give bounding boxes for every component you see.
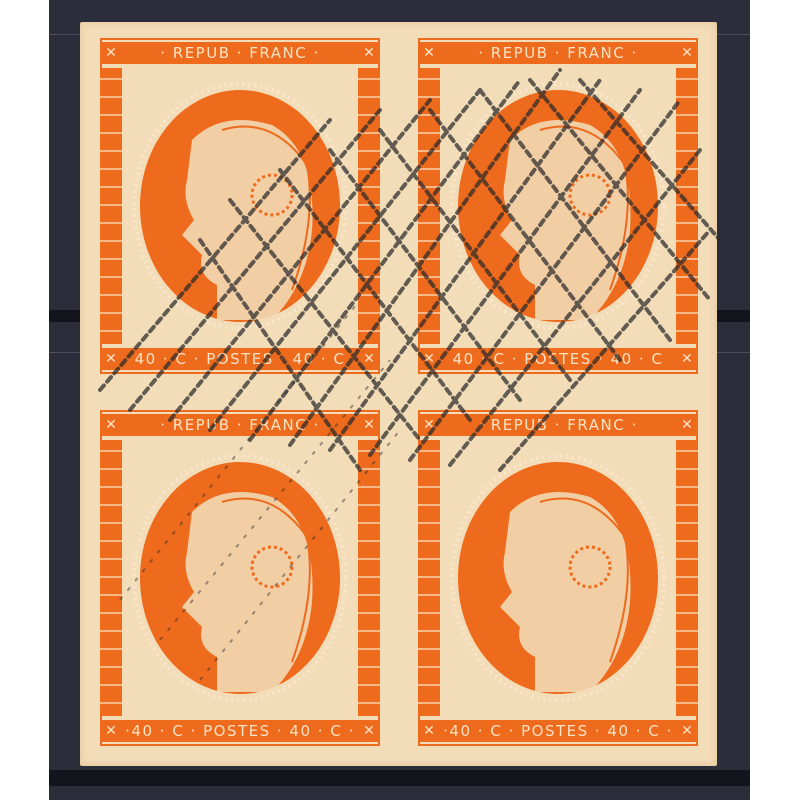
corner-cross-icon: ✕ xyxy=(418,414,440,436)
corner-cross-icon: ✕ xyxy=(100,348,122,370)
greek-key-border xyxy=(100,68,122,344)
stamp-top-label: · REPUB · FRANC · xyxy=(440,42,676,64)
stamp-top-right: ✕ ✕ ✕ ✕ · REPUB · FRANC · 40 · C · POSTE… xyxy=(410,30,706,382)
ceres-portrait-medallion xyxy=(122,70,358,342)
greek-key-border xyxy=(418,440,440,716)
stamp-top-label: · REPUB · FRANC · xyxy=(122,42,358,64)
greek-key-border xyxy=(358,440,380,716)
stamp-bottom-label: 40 · C · POSTES · 40 · C xyxy=(122,348,358,370)
greek-key-border xyxy=(100,440,122,716)
corner-cross-icon: ✕ xyxy=(676,348,698,370)
corner-cross-icon: ✕ xyxy=(418,348,440,370)
corner-cross-icon: ✕ xyxy=(676,720,698,742)
corner-cross-icon: ✕ xyxy=(100,720,122,742)
ceres-portrait-medallion xyxy=(122,442,358,714)
corner-cross-icon: ✕ xyxy=(676,414,698,436)
corner-cross-icon: ✕ xyxy=(676,42,698,64)
stamp-top-left: ✕ ✕ ✕ ✕ · REPUB · FRANC · 40 · C · POSTE… xyxy=(92,30,388,382)
greek-key-border xyxy=(676,440,698,716)
stamp-bottom-label: ·40 · C · POSTES · 40 · C · xyxy=(440,720,676,742)
stock-strip xyxy=(49,770,750,786)
stamp-top-label: · REPUB · FRANC · xyxy=(122,414,358,436)
corner-cross-icon: ✕ xyxy=(418,42,440,64)
ceres-portrait-medallion xyxy=(440,70,676,342)
corner-cross-icon: ✕ xyxy=(100,414,122,436)
stamp-top-label: · REPUB · FRANC · xyxy=(440,414,676,436)
greek-key-border xyxy=(676,68,698,344)
stamp-bottom-label: 40 · C · POSTES · 40 · C xyxy=(440,348,676,370)
stamp-bottom-left: ✕ ✕ ✕ ✕ · REPUB · FRANC · ·40 · C · POST… xyxy=(92,402,388,754)
corner-cross-icon: ✕ xyxy=(358,348,380,370)
corner-cross-icon: ✕ xyxy=(100,42,122,64)
greek-key-border xyxy=(358,68,380,344)
corner-cross-icon: ✕ xyxy=(358,720,380,742)
greek-key-border xyxy=(418,68,440,344)
corner-cross-icon: ✕ xyxy=(358,42,380,64)
stamp-block: ✕ ✕ ✕ ✕ · REPUB · FRANC · 40 · C · POSTE… xyxy=(80,22,717,766)
ceres-portrait-medallion xyxy=(440,442,676,714)
corner-cross-icon: ✕ xyxy=(418,720,440,742)
stamp-bottom-right: ✕ ✕ ✕ ✕ · REPUB · FRANC · ·40 · C · POST… xyxy=(410,402,706,754)
corner-cross-icon: ✕ xyxy=(358,414,380,436)
stamp-bottom-label: ·40 · C · POSTES · 40 · C · xyxy=(122,720,358,742)
